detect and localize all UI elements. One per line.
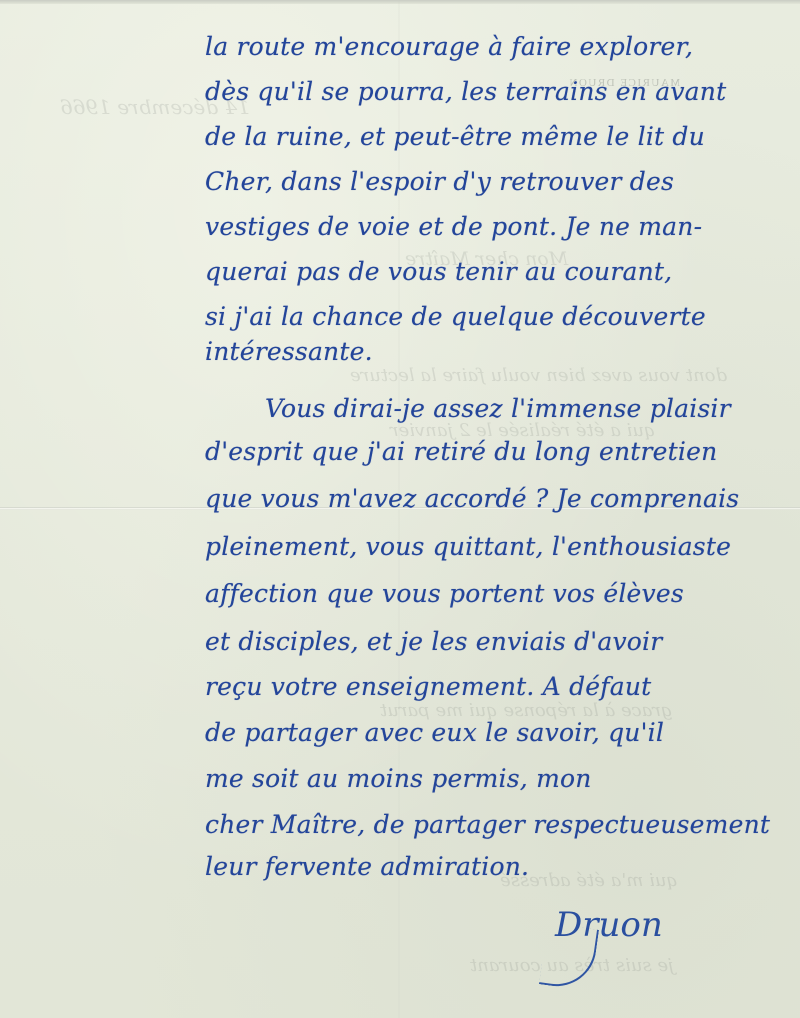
- paper-top-edge: [0, 0, 800, 4]
- letter-line-7: si j'ai la chance de quelque découverte: [205, 302, 706, 331]
- letter-line-15: reçu votre enseignement. A défaut: [205, 672, 651, 701]
- letter-line-3: de la ruine, et peut-être même le lit du: [205, 122, 705, 151]
- letter-line-13: affection que vous portent vos élèves: [205, 579, 684, 608]
- letter-line-19: leur fervente admiration.: [205, 852, 529, 881]
- letter-line-11: que vous m'avez accordé ? Je comprenais: [205, 484, 739, 513]
- letter-line-12: pleinement, vous quittant, l'enthousiast…: [205, 532, 731, 561]
- letter-line-2: dès qu'il se pourra, les terrains en ava…: [205, 77, 726, 106]
- letter-line-1: la route m'encourage à faire explorer,: [205, 32, 693, 61]
- letter-line-10: d'esprit que j'ai retiré du long entreti…: [205, 437, 717, 466]
- letter-line-6: querai pas de vous tenir au courant,: [205, 257, 672, 286]
- letter-line-17: me soit au moins permis, mon: [205, 764, 592, 793]
- signature: Druon: [555, 905, 663, 945]
- letter-line-4: Cher, dans l'espoir d'y retrouver des: [205, 167, 674, 196]
- letter-line-14: et disciples, et je les enviais d'avoir: [205, 627, 662, 656]
- letter-line-5: vestiges de voie et de pont. Je ne man-: [205, 212, 702, 241]
- letter-line-9: Vous dirai-je assez l'immense plaisir: [265, 394, 731, 423]
- letter-line-8: intéressante.: [205, 337, 373, 366]
- letter-line-16: de partager avec eux le savoir, qu'il: [205, 718, 664, 747]
- letter-line-18: cher Maître, de partager respectueusemen…: [205, 810, 770, 839]
